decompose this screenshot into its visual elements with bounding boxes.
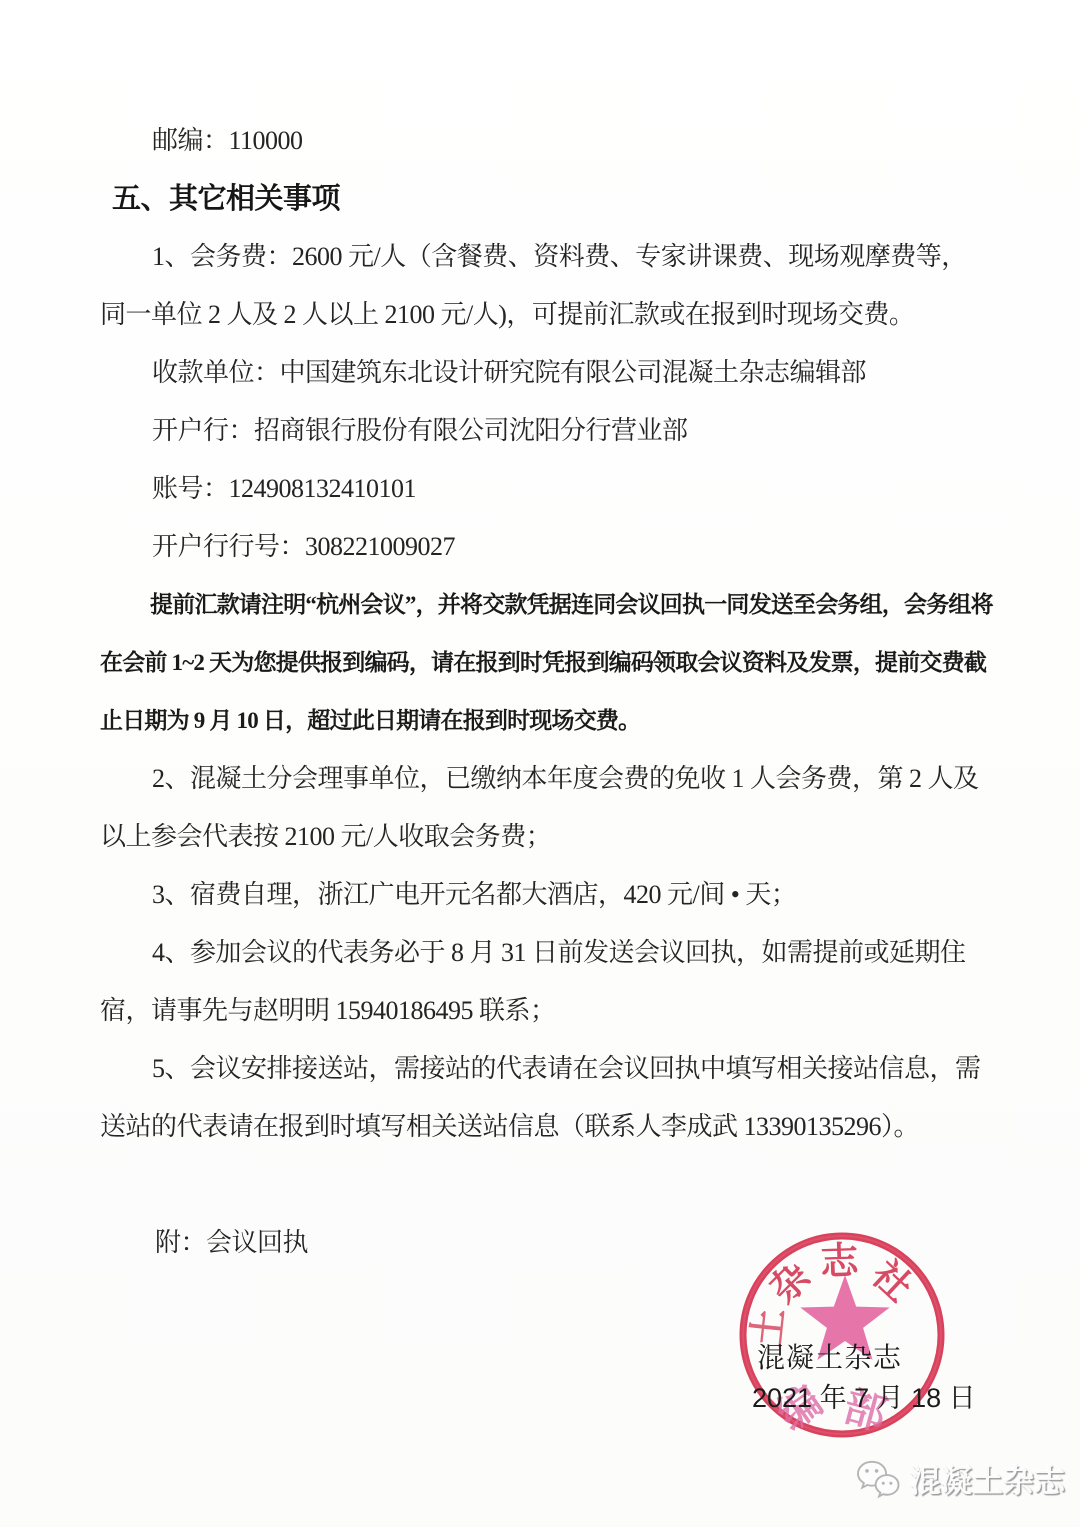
document-line: 宿，请事先与赵明明 15940186495 联系； [100,982,1004,1040]
document-line: 以上参会代表按 2100 元/人收取会务费； [100,808,1004,866]
document-line: 止日期为 9 月 10 日，超过此日期请在报到时现场交费。 [100,692,1004,750]
stamp-arc-char: 志 [820,1240,860,1283]
stamp-org-name: 混凝土杂志 [757,1342,902,1374]
document-line: 邮编：110000 [100,112,1004,170]
document-line: 账号：124908132410101 [100,460,1004,518]
document-line: 收款单位：中国建筑东北设计研究院有限公司混凝土杂志编辑部 [100,344,1004,402]
document-line: 2、混凝土分会理事单位，已缴纳本年度会费的免收 1 人会务费，第 2 人及 [100,750,1004,808]
watermark-label: 混凝土杂志 [910,1456,1065,1501]
document-line: 开户行：招商银行股份有限公司沈阳分行营业部 [100,402,1004,460]
document-line: 送站的代表请在报到时填写相关送站信息（联系人李成武 13390135296）。 [100,1098,1004,1156]
document-body: 邮编：110000五、其它相关事项1、会务费：2600 元/人（含餐费、资料费、… [100,112,1004,1272]
document-line: 3、宿费自理，浙江广电开元名都大酒店，420 元/间 • 天； [100,866,1004,924]
watermark: 混凝土杂志 [854,1456,1065,1501]
document-line: 5、会议安排接送站，需接站的代表请在会议回执中填写相关接站信息，需 [100,1040,1004,1098]
document-line: 在会前 1~2 天为您提供报到编码，请在报到时凭报到编码领取会议资料及发票，提前… [100,634,1004,692]
document-line: 1、会务费：2600 元/人（含餐费、资料费、专家讲课费、现场观摩费等， [100,228,1004,286]
wechat-icon [854,1458,902,1500]
document-line: 同一单位 2 人及 2 人以上 2100 元/人)，可提前汇款或在报到时现场交费… [100,286,1004,344]
scanned-page: 邮编：110000五、其它相关事项1、会务费：2600 元/人（含餐费、资料费、… [0,0,1080,1527]
document-line: 五、其它相关事项 [100,170,1004,228]
document-line: 提前汇款请注明“杭州会议”，并将交款凭据连同会议回执一同发送至会务组，会务组将 [100,576,1004,634]
document-line: 开户行行号：308221009027 [100,518,1004,576]
stamp-date: 2021 年 7 月 18 日 [752,1382,976,1414]
document-line: 4、参加会议的代表务必于 8 月 31 日前发送会议回执，如需提前或延期住 [100,924,1004,982]
